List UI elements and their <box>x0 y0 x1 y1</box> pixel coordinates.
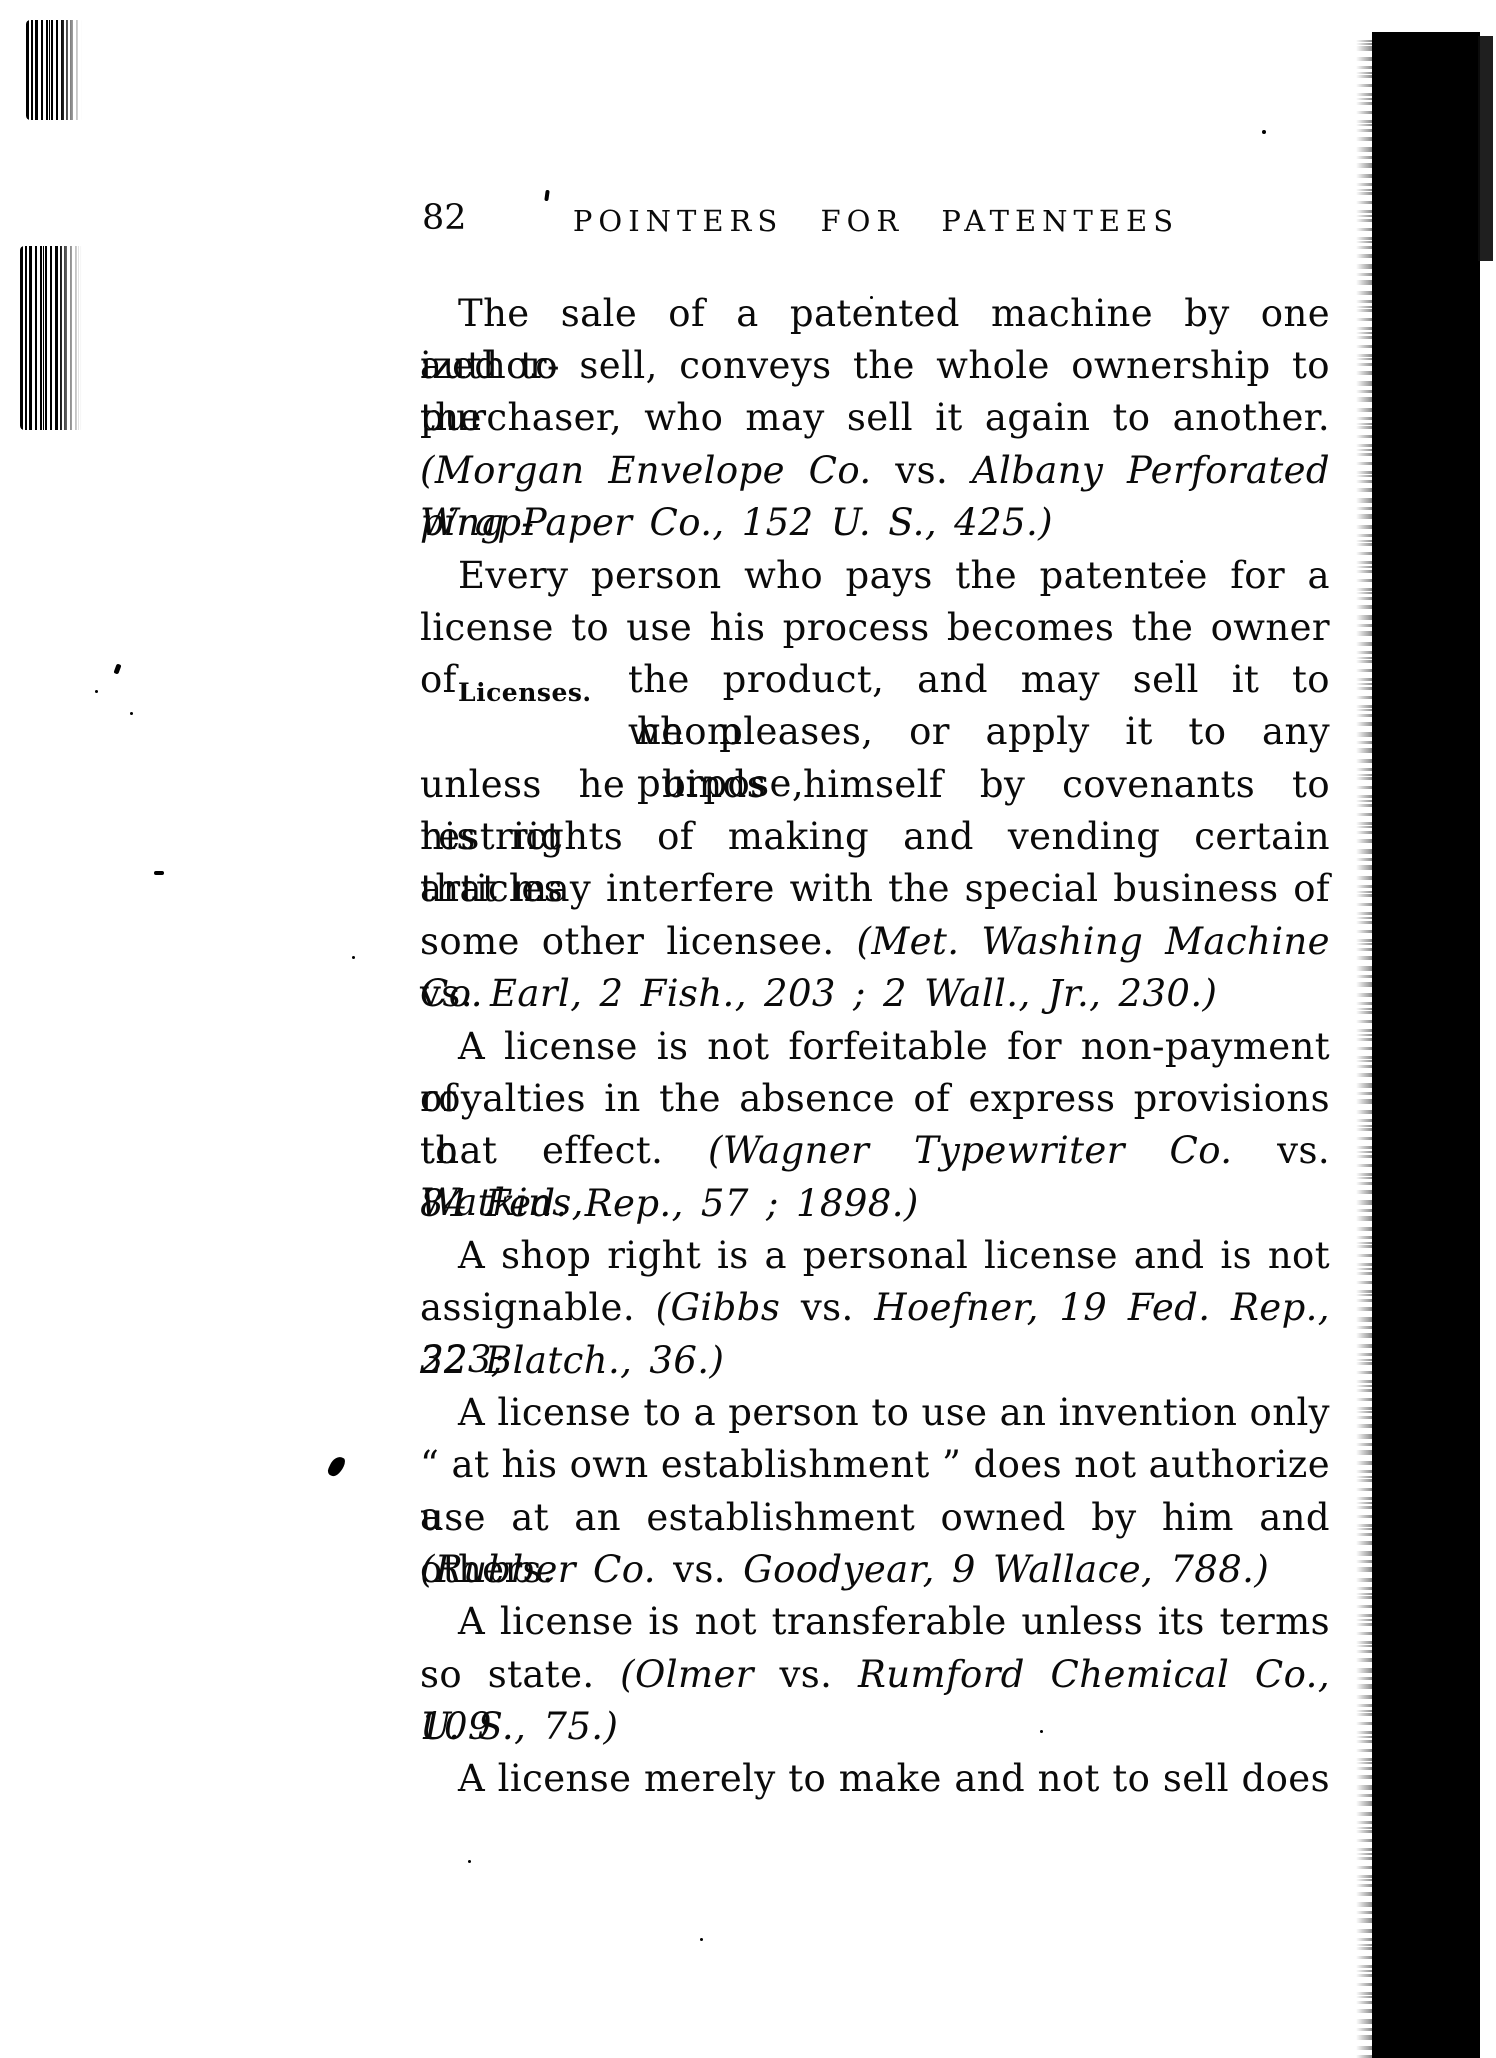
text-line: Every person who pays the patentee for a <box>420 550 1330 602</box>
text-run: vs. <box>656 1548 743 1591</box>
text-run: vs. <box>420 972 490 1015</box>
running-header-title: POINTERS FOR PATENTEES <box>420 204 1332 238</box>
text-run: that may interfere with the special busi… <box>420 867 1330 910</box>
text-run: A shop right is a personal license and i… <box>458 1234 1330 1277</box>
text-line: A license is not transferable unless its… <box>420 1596 1330 1648</box>
text-run: A license is not transferable unless its… <box>458 1600 1330 1643</box>
text-run: U. S., 75.) <box>420 1705 618 1748</box>
scan-speck <box>468 1860 471 1863</box>
text-run: vs. <box>872 449 972 492</box>
text-run: 84 Fed. Rep., 57 ; 1898.) <box>420 1182 919 1225</box>
text-line: that may interfere with the special busi… <box>420 863 1330 915</box>
scan-gutter-fringe <box>1356 40 1374 2058</box>
text-run: (Wagner Typewriter Co. <box>708 1129 1232 1172</box>
scan-speck <box>154 871 164 875</box>
stray-ink-mark <box>326 1454 347 1479</box>
scan-speck <box>1262 130 1266 134</box>
text-run: (Gibbs <box>656 1286 781 1329</box>
text-line: A license merely to make and not to sell… <box>420 1753 1330 1805</box>
text-run: (Olmer <box>620 1653 754 1696</box>
text-run: (Morgan Envelope Co. <box>420 449 872 492</box>
text-run: so state. <box>420 1653 620 1696</box>
text-run: purchaser, who may sell it again to anot… <box>420 396 1330 439</box>
text-run: vs. <box>754 1653 858 1696</box>
text-line: U. S., 75.) <box>420 1701 618 1753</box>
text-line: vs. Earl, 2 Fish., 203 ; 2 Wall., Jr., 2… <box>420 968 1217 1020</box>
text-run: ping Paper Co., 152 U. S., 425.) <box>420 501 1053 544</box>
text-run: that effect. <box>420 1129 708 1172</box>
text-line: 22 Blatch., 36.) <box>420 1335 724 1387</box>
scan-gutter-band <box>1372 32 1480 2058</box>
scan-speck <box>352 956 355 959</box>
scan-speck <box>130 712 133 715</box>
ink-smudge <box>20 246 84 430</box>
text-line: ping Paper Co., 152 U. S., 425.) <box>420 497 1053 549</box>
text-line: 84 Fed. Rep., 57 ; 1898.) <box>420 1178 919 1230</box>
text-run: Every person who pays the patentee for a <box>458 554 1330 597</box>
scan-speck <box>113 663 121 674</box>
scan-speck <box>700 1938 703 1941</box>
text-run: Earl, 2 Fish., 203 ; 2 Wall., Jr., 230.) <box>490 972 1217 1015</box>
text-run: A license to a person to use an inventio… <box>458 1391 1330 1434</box>
text-run: (Rubber Co. <box>420 1548 656 1591</box>
text-run: assignable. <box>420 1286 656 1329</box>
scan-gutter-edge <box>1478 36 1493 261</box>
scan-speck <box>95 690 98 693</box>
text-run: A license merely to make and not to sell… <box>458 1757 1330 1800</box>
text-run: 22 Blatch., 36.) <box>420 1339 724 1382</box>
text-run: vs. <box>1232 1129 1330 1172</box>
text-run: vs. <box>780 1286 874 1329</box>
text-run: Goodyear, 9 Wallace, 788.) <box>743 1548 1269 1591</box>
ink-smudge <box>26 20 84 120</box>
text-line: A shop right is a personal license and i… <box>420 1230 1330 1282</box>
text-run: some other licensee. <box>420 920 857 963</box>
text-line: purchaser, who may sell it again to anot… <box>420 392 1330 444</box>
text-line: (Rubber Co. vs. Goodyear, 9 Wallace, 788… <box>420 1544 1269 1596</box>
scanned-book-page: 82 POINTERS FOR PATENTEES Licenses. The … <box>0 0 1496 2058</box>
scan-speck <box>544 190 549 201</box>
text-line: A license to a person to use an inventio… <box>420 1387 1330 1439</box>
